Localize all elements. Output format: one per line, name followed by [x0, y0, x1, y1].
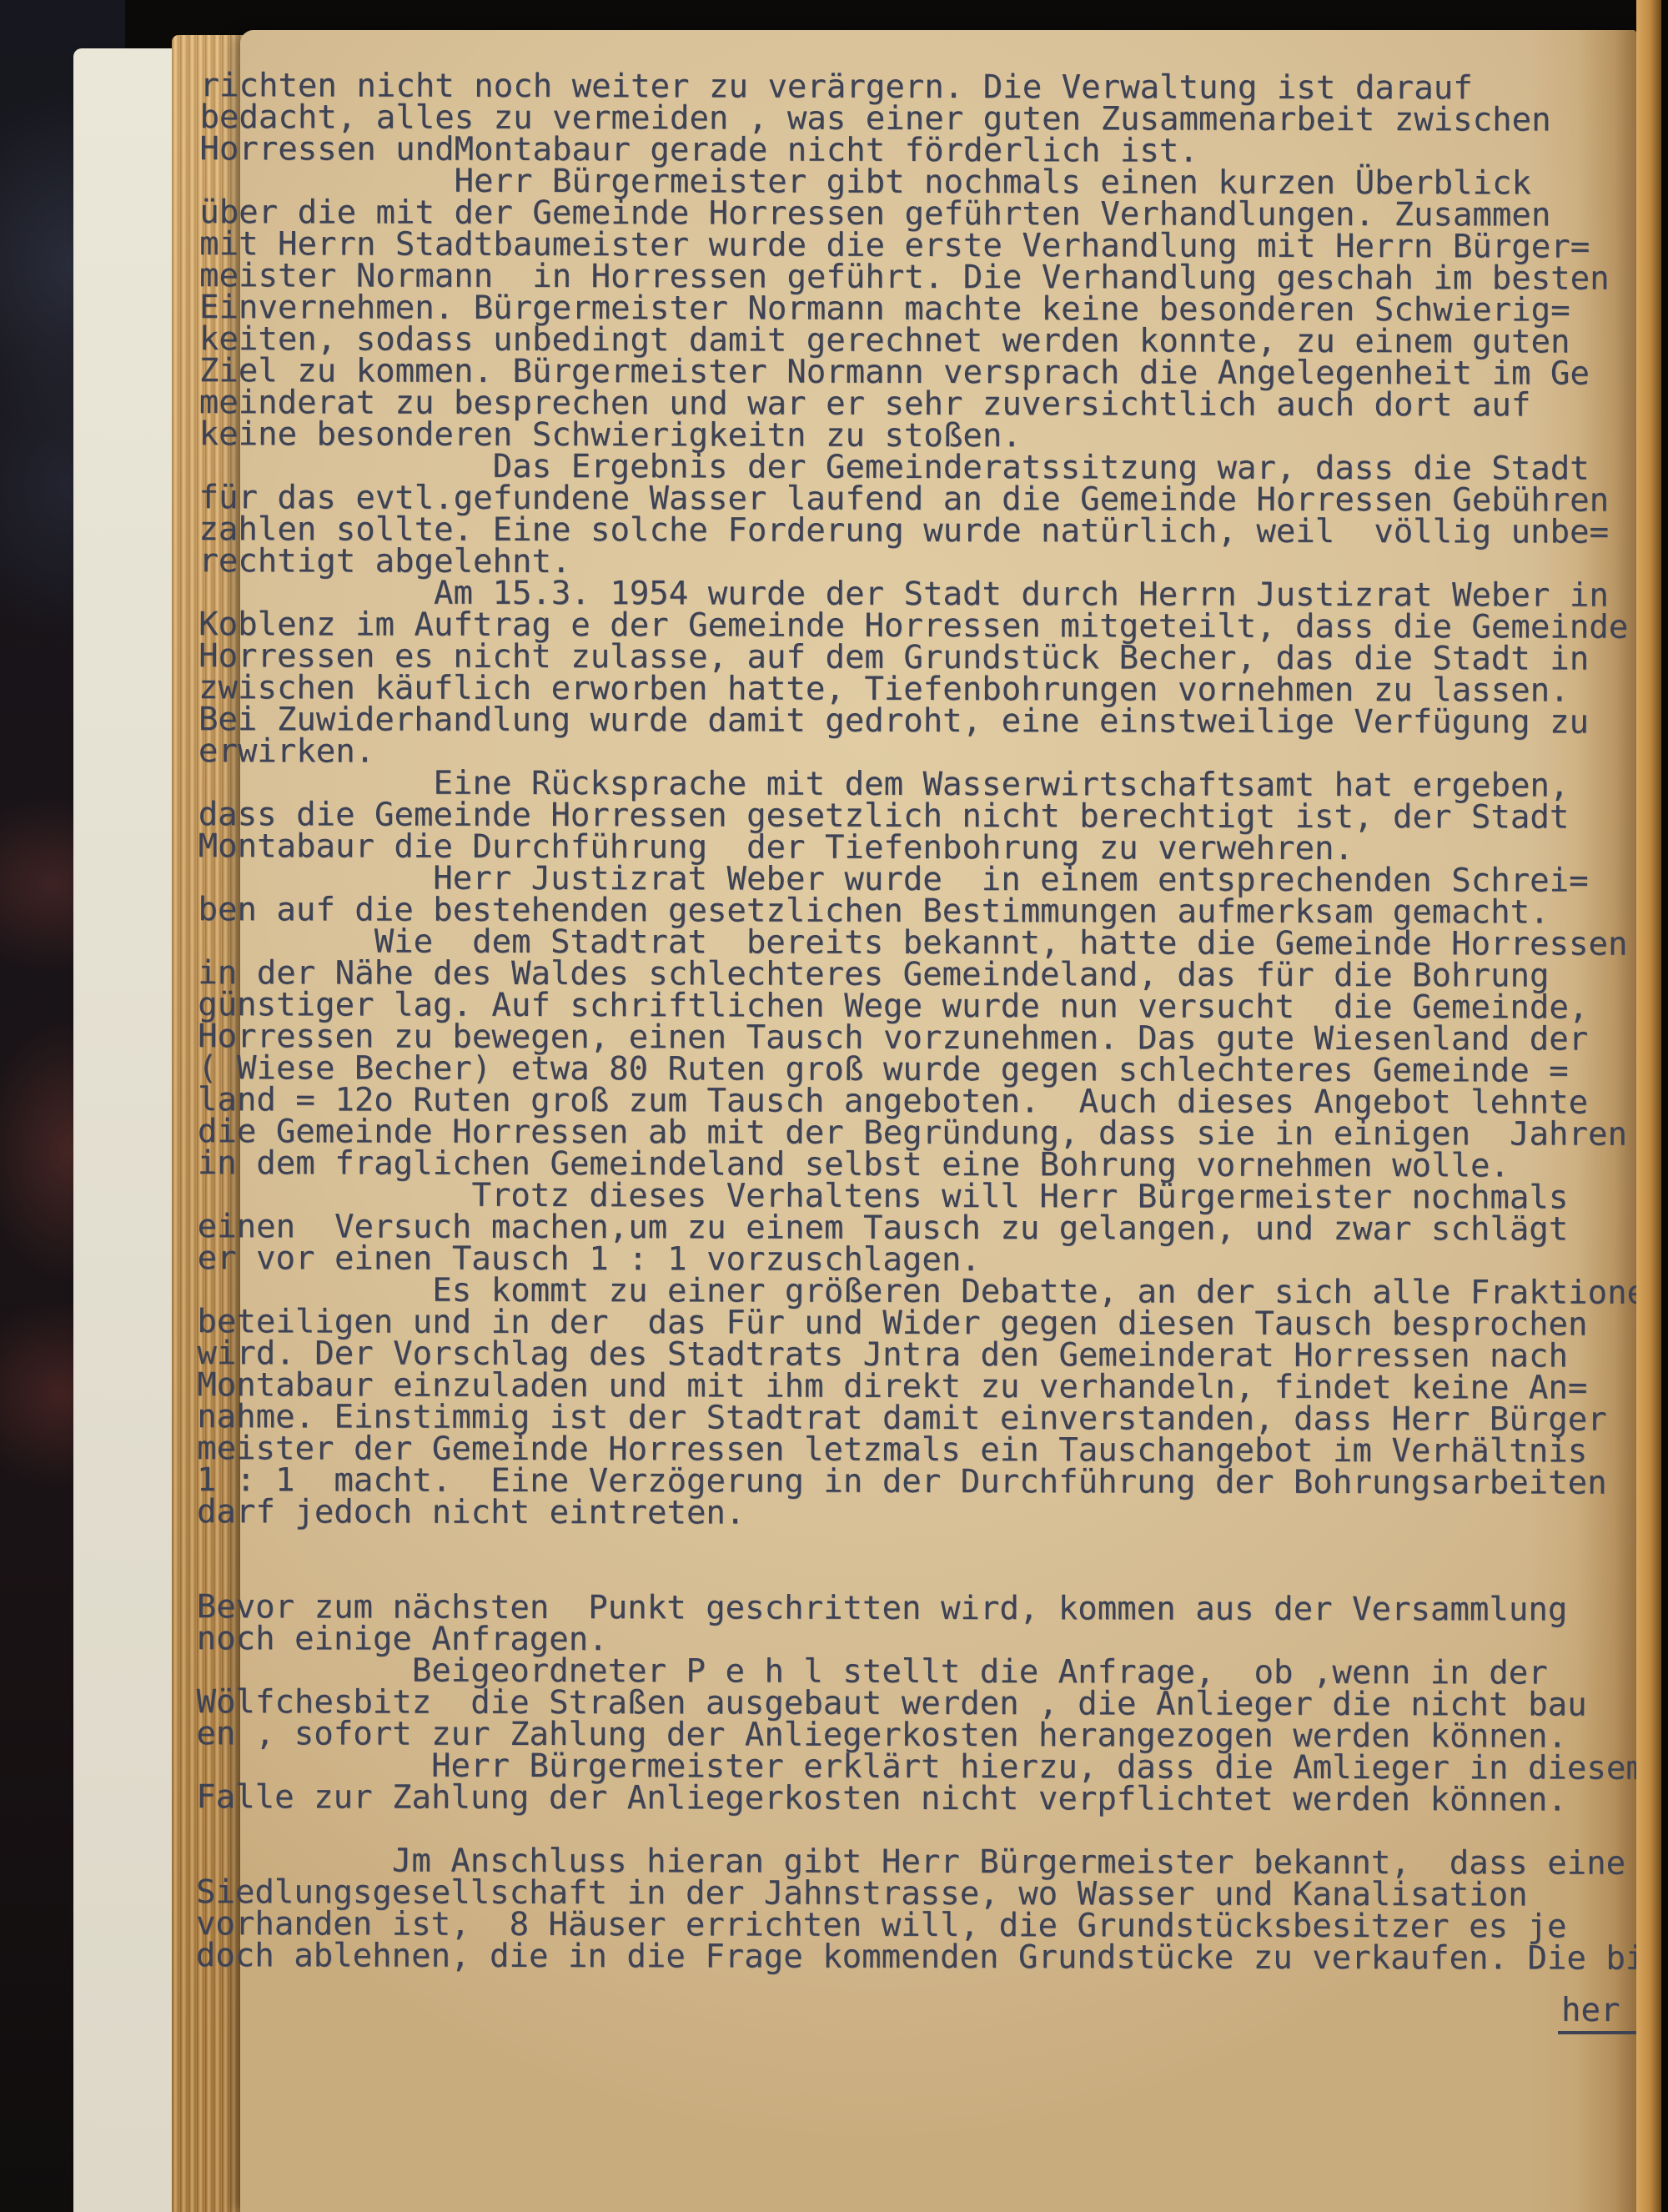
catchword: her — [1558, 1992, 1648, 2034]
scan-border — [1661, 0, 1668, 2212]
flyleaf-page — [73, 48, 183, 2212]
text-line — [197, 1528, 1656, 1563]
book-scan: richten nicht noch weiter zu verärgern. … — [0, 0, 1668, 2212]
text-line: doch ablehnen, die in die Frage kommende… — [196, 1940, 1655, 1975]
text-line: darf jedoch nicht eintreten. — [197, 1496, 1656, 1531]
text-line: Falle zur Zahlung der Anliegerkosten nic… — [196, 1782, 1655, 1817]
right-page-fore-edge — [1636, 0, 1661, 2212]
text-line: Bei Zuwiderhandlung wurde damit gedroht,… — [198, 704, 1658, 739]
typewritten-text: richten nicht noch weiter zu verärgern. … — [195, 70, 1659, 2142]
